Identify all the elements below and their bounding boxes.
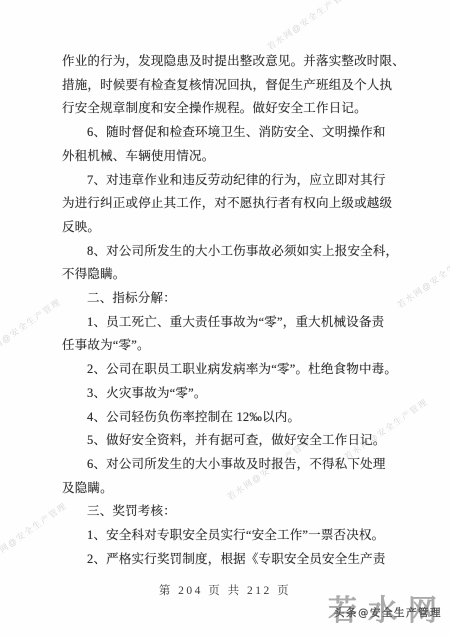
text-line: 措施，时候要有检查复核情况回执，督促生产班组及个人执 [62,74,400,98]
text-line: 2、公司在职员工职业病发病率为“零”。杜绝食物中毒。 [62,358,400,382]
text-line: 为进行纠正或停止其工作，对不愿执行者有权向上级或越级 [62,192,400,216]
diagonal-watermark: 若水网@安全生产管理 [0,500,69,567]
text-line: 二、指标分解： [62,287,400,311]
diagonal-watermark: 若水网@安全生产管理 [395,244,450,311]
document-body: 作业的行为，发现隐患及时提出整改意见。并落实整改时限、措施，时候要有检查复核情况… [62,50,400,571]
text-line: 不得隐瞒。 [62,263,400,287]
text-line: 1、员工死亡、重大责任事故为“零”，重大机械设备责 [62,311,400,335]
text-line: 任事故为“零”。 [62,334,400,358]
text-line: 3、火灾事故为“零”。 [62,382,400,406]
diagonal-watermark: 若水网@安全生产管理 [265,0,354,53]
text-line: 4、公司轻伤负伤率控制在 12‰以内。 [62,406,400,430]
text-line: 反映。 [62,216,400,240]
text-line: 外租机械、车辆使用情况。 [62,145,400,169]
text-line: 6、对公司所发生的大小事故及时报告，不得私下处理 [62,453,400,477]
text-line: 行安全规章制度和安全操作规程。做好安全工作日记。 [62,97,400,121]
text-line: 三、奖罚考核： [62,500,400,524]
text-line: 7、对违章作业和违反劳动纪律的行为，应立即对其行 [62,169,400,193]
text-line: 2、严格实行奖罚制度，根据《专职安全员安全生产责 [62,548,400,572]
text-line: 6、随时督促和检查环境卫生、消防安全、文明操作和 [62,121,400,145]
text-line: 8、对公司所发生的大小工伤事故必须如实上报安全科， [62,240,400,264]
text-line: 作业的行为，发现隐患及时提出整改意见。并落实整改时限、 [62,50,400,74]
text-line: 1、安全科对专职安全员实行“安全工作”一票否决权。 [62,524,400,548]
site-watermark-overlay: 头条@安全生产管理 [334,605,442,620]
document-page: 若水网@安全生产管理 若水网@安全生产管理 若水网@安全生产管理 若水网@安全生… [0,0,450,636]
text-line: 5、做好安全资料，并有据可查，做好安全工作日记。 [62,429,400,453]
text-line: 及隐瞒。 [62,477,400,501]
diagonal-watermark: 若水网@安全生产管理 [0,296,63,363]
